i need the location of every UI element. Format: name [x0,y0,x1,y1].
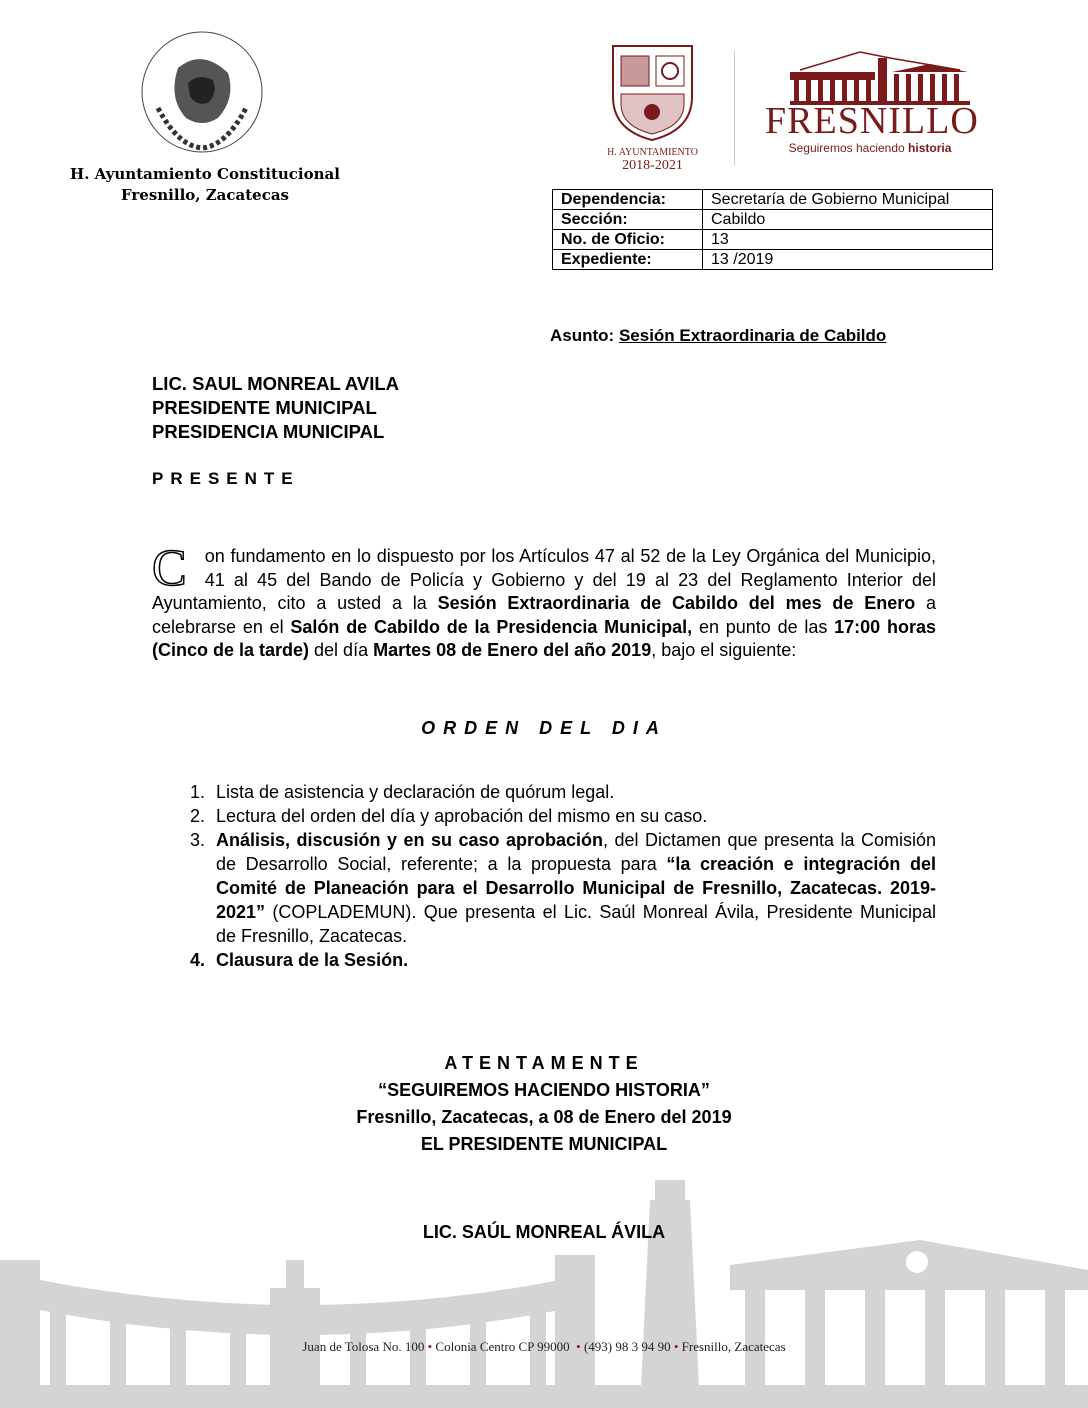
list-item: 4.Clausura de la Sesión. [190,948,936,972]
agenda-title: ORDEN DEL DIA [0,718,1088,739]
footer-skyline-icon [0,1180,1088,1408]
national-seal-icon [138,28,266,156]
brand-slogan: Seguiremos haciendo historia [765,141,975,155]
table-row: Expediente:13 /2019 [553,250,993,270]
footer-address: Juan de Tolosa No. 100 • Colonia Centro … [0,1339,1088,1355]
shield-icon [605,42,700,142]
ayuntamiento-line1: H. Ayuntamiento Constitucional [60,164,350,185]
signer-role: EL PRESIDENTE MUNICIPAL [0,1131,1088,1158]
place-date: Fresnillo, Zacatecas, a 08 de Enero del … [0,1104,1088,1131]
header-divider [734,50,735,165]
subject-value: Sesión Extraordinaria de Cabildo [619,326,886,345]
signer-name: LIC. SAÚL MONREAL ÁVILA [0,1222,1088,1243]
fresnillo-skyline-icon [790,50,970,105]
list-item: 2.Lectura del orden del día y aprobación… [190,804,936,828]
document-meta-table: Dependencia:Secretaría de Gobierno Munic… [552,189,993,270]
ayuntamiento-heading: H. Ayuntamiento Constitucional Fresnillo… [60,164,350,206]
brand-name: FRESNILLO [765,101,975,141]
subject-line: Asunto: Sesión Extraordinaria de Cabildo [550,326,886,346]
greeting: PRESENTE [152,469,300,489]
list-item: 3.Análisis, discusión y en su caso aprob… [190,828,936,948]
closing: ATENTAMENTE [0,1050,1088,1077]
ayuntamiento-line2: Fresnillo, Zacatecas [60,185,350,206]
list-item: 1.Lista de asistencia y declaración de q… [190,780,936,804]
addressee-block: LIC. SAUL MONREAL AVILA PRESIDENTE MUNIC… [152,372,399,444]
table-row: No. de Oficio:13 [553,230,993,250]
shield-caption: H. AYUNTAMIENTO [605,147,700,158]
motto: “SEGUIREMOS HACIENDO HISTORIA” [0,1077,1088,1104]
drop-cap: C [152,547,187,591]
body-paragraph: Con fundamento en lo dispuesto por los A… [152,545,936,663]
subject-label: Asunto: [550,326,614,345]
signature-block: ATENTAMENTE “SEGUIREMOS HACIENDO HISTORI… [0,1050,1088,1158]
agenda-list: 1.Lista de asistencia y declaración de q… [190,780,936,972]
shield-years: 2018-2021 [605,158,700,173]
table-row: Sección:Cabildo [553,210,993,230]
addressee-office: PRESIDENCIA MUNICIPAL [152,420,399,444]
table-row: Dependencia:Secretaría de Gobierno Munic… [553,190,993,210]
addressee-name: LIC. SAUL MONREAL AVILA [152,372,399,396]
municipal-shield: H. AYUNTAMIENTO 2018-2021 [605,42,700,172]
addressee-title: PRESIDENTE MUNICIPAL [152,396,399,420]
